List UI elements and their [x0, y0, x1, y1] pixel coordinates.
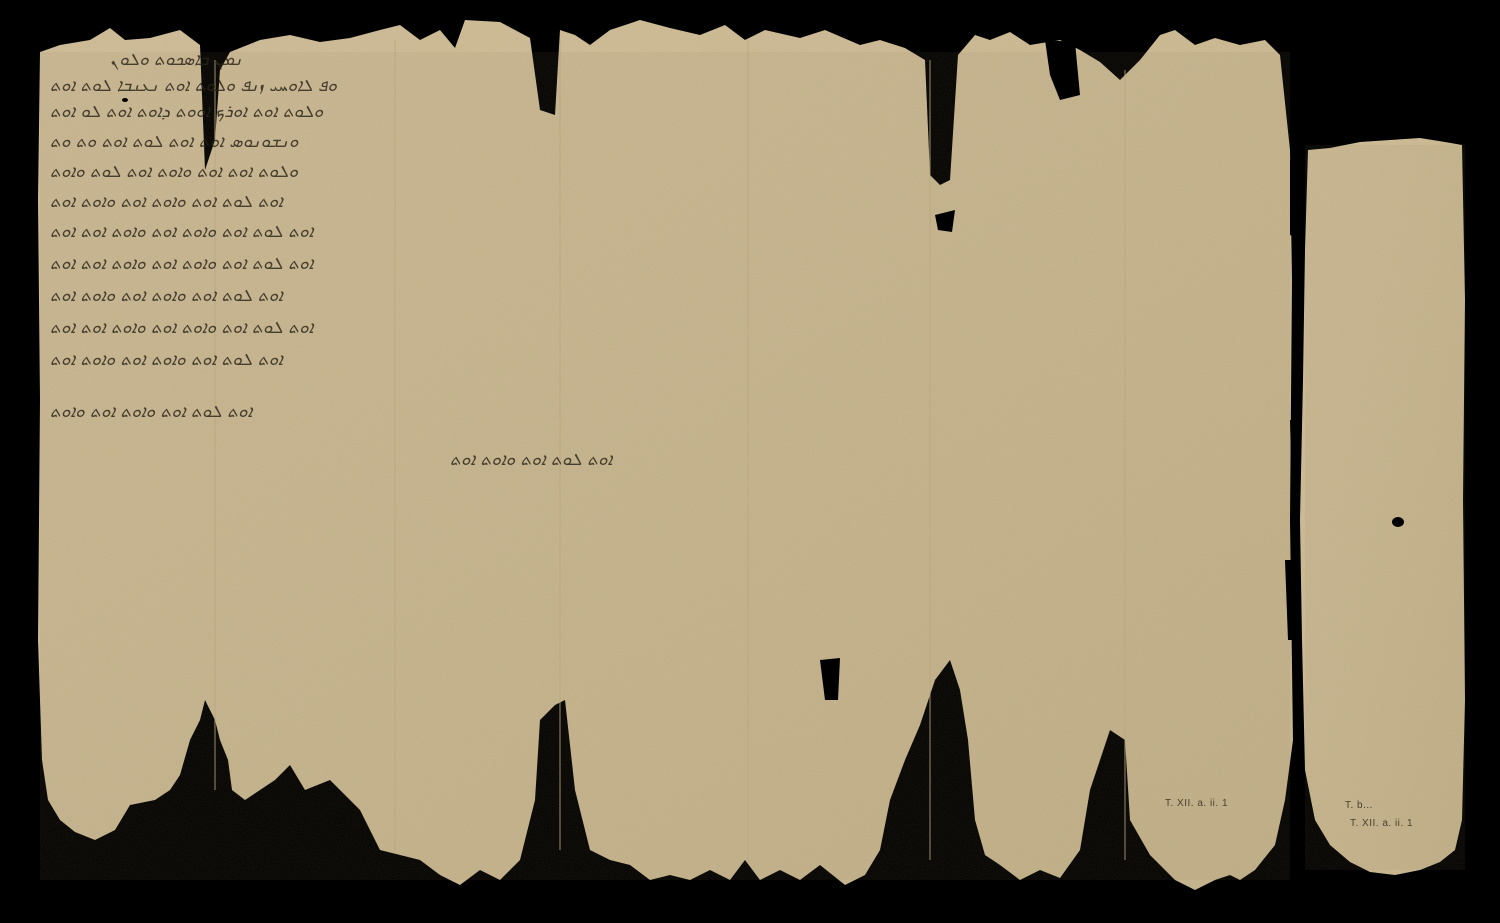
text-line: ܐܘܬ ܠܘܬ ܐܘܬ ܘܐܘܬ ܐܘܬ ܘܐܘܬ ܐܘܬ ܐܘܬ: [50, 318, 313, 338]
text-line: ܘܢܫܘܢܘܣ ܐܘܬ ܐܘܬ ܠܘܬ ܐܘܬ ܘܬ ܘܬ: [50, 132, 298, 152]
text-line: ܐܘܬ ܠܘܬ ܐܘܬ ܘܐܘܬ ܐܘܬ: [450, 450, 612, 470]
text-line: ܐܘܬ ܠܘܬ ܐܘܬ ܘܐܘܬ ܐܘܬ ܘܐܘܬ ܐܘܬ: [50, 192, 283, 212]
text-line: ܘܠܘܬ ܐܘܬ ܐܘܪܟ ܐܘܘܬ ܕܐܘܬ ܐܘܬ ܠܘ ܐܘܬ: [50, 102, 323, 122]
text-line: ܐܘܬ ܠܘܬ ܐܘܬ ܘܐܘܬ ܐܘܬ ܘܐܘܬ ܐܘܬ ܐܘܬ: [50, 254, 313, 274]
text-line: ܐܘܬ ܠܘܬ ܐܘܬ ܘܐܘܬ ܐܘܬ ܘܐܘܬ ܐܘܬ: [50, 286, 283, 306]
text-line: ܘܦ ܠܐܘܚܝ ܙܢܦ ܘܠܘܬ ܐܘܬ ܢܥܢܒܐ ܠܘܬ ܐܘܬ: [50, 76, 337, 96]
text-line: ܐܘܬ ܠܘܬ ܐܘܬ ܘܐܘܬ ܐܘܬ ܘܐܘܬ ܐܘܬ: [50, 350, 283, 370]
catalog-label: T. XII. a. ii. 1: [1165, 798, 1228, 809]
photo-stage: ܢܡܢ ܒܐܣܟܘܬ ܘܠܘܢ ܘܦ ܠܐܘܚܝ ܙܢܦ ܘܠܘܬ ܐܘܬ ܢܥ…: [0, 0, 1500, 923]
catalog-label: T. XII. a. ii. 1: [1350, 818, 1413, 829]
text-line: ܘܠܘܬ ܐܘܬ ܐܘܬ ܘܐܘܬ ܐܘܬ ܠܘܬ ܘܐܘܬ: [50, 162, 298, 182]
text-line: ܐܘܬ ܠܘܬ ܐܘܬ ܘܐܘܬ ܐܘܬ ܘܐܘܬ: [50, 402, 252, 422]
text-line: ܢܡܢ ܒܐܣܟܘܬ ܘܠܘܢ: [110, 50, 243, 70]
text-line: ܐܘܬ ܠܘܬ ܐܘܬ ܘܐܘܬ ܐܘܬ ܘܐܘܬ ܐܘܬ ܐܘܬ: [50, 222, 313, 242]
catalog-label: T. b...: [1345, 800, 1373, 811]
